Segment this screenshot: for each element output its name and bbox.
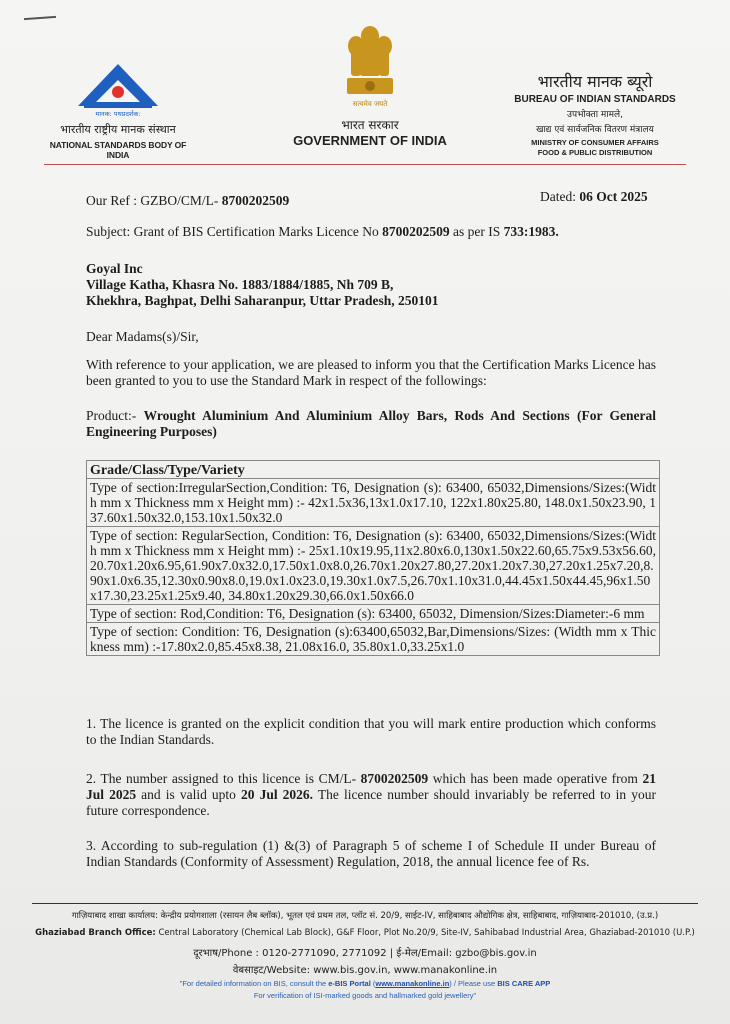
bureau-name-english: BUREAU OF INDIAN STANDARDS	[500, 94, 690, 105]
national-emblem-icon: सत्यमेव जयते	[339, 22, 401, 112]
bis-care-app-label: BIS CARE APP	[497, 979, 550, 988]
footer-office-address: Central Laboratory (Chemical Lab Block),…	[156, 928, 695, 938]
subject-prefix: Subject: Grant of BIS Certification Mark…	[86, 224, 382, 239]
clause-3: 3. According to sub-regulation (1) &(3) …	[86, 838, 656, 870]
footer-note-line2: For verification of ISI-marked goods and…	[10, 991, 720, 1000]
footer-address-hindi: गाज़ियाबाद शाखा कार्यालय: केन्द्रीय प्रय…	[10, 910, 720, 921]
addressee-block: Goyal Inc Village Katha, Khasra No. 1883…	[86, 261, 439, 309]
subject-line: Subject: Grant of BIS Certification Mark…	[86, 224, 559, 240]
subject-standard: 733:1983.	[504, 224, 559, 239]
clause2-licence: 8700202509	[361, 771, 429, 786]
addressee-line1: Village Katha, Khasra No. 1883/1884/1885…	[86, 277, 439, 293]
bureau-name-hindi: भारतीय मानक ब्यूरो	[500, 70, 690, 92]
bureau-header-block: भारतीय मानक ब्यूरो BUREAU OF INDIAN STAN…	[500, 70, 690, 157]
footer-office-label: Ghaziabad Branch Office:	[35, 928, 156, 938]
product-value: Wrought Aluminium And Aluminium Alloy Ba…	[86, 408, 656, 439]
ministry-english-line2: FOOD & PUBLIC DISTRIBUTION	[500, 148, 690, 157]
subject-mid: as per IS	[450, 224, 504, 239]
table-row: Type of section:IrregularSection,Conditi…	[87, 479, 660, 527]
footer-divider	[32, 903, 698, 904]
addressee-name: Goyal Inc	[86, 261, 439, 277]
clause-2: 2. The number assigned to this licence i…	[86, 771, 656, 819]
bis-logo-icon: मानक: पथप्रदर्शक:	[74, 62, 162, 118]
intro-paragraph: With reference to your application, we a…	[86, 357, 656, 389]
svg-text:सत्यमेव जयते: सत्यमेव जयते	[353, 99, 388, 108]
ministry-english-line1: MINISTRY OF CONSUMER AFFAIRS	[500, 138, 690, 147]
dated-label: Dated:	[540, 189, 579, 204]
footer-address-english: Ghaziabad Branch Office: Central Laborat…	[10, 928, 720, 938]
dated-value: 06 Oct 2025	[579, 189, 647, 204]
ebis-portal-label: e-BIS Portal	[328, 979, 371, 988]
footer-contact: दूरभाष/Phone : 0120-2771090, 2771092 | ई…	[10, 945, 720, 959]
nsbi-name-english: NATIONAL STANDARDS BODY OF INDIA	[38, 140, 198, 160]
footer-note-line1: "For detailed information on BIS, consul…	[10, 979, 720, 988]
ministry-hindi-line1: उपभोक्ता मामले,	[500, 107, 690, 120]
nsbi-name-hindi: भारतीय राष्ट्रीय मानक संस्थान	[38, 122, 198, 137]
table-row: Type of section: Condition: T6, Designat…	[87, 623, 660, 656]
addressee-line2: Khekhra, Baghpat, Delhi Saharanpur, Utta…	[86, 293, 439, 309]
note-text-a: "For detailed information on BIS, consul…	[180, 979, 329, 988]
letter-page: मानक: पथप्रदर्शक: भारतीय राष्ट्रीय मानक …	[0, 0, 730, 1024]
ref-number: 8700202509	[222, 193, 290, 208]
product-paragraph: Product:- Wrought Aluminium And Aluminiu…	[86, 408, 656, 440]
subject-licence-number: 8700202509	[382, 224, 450, 239]
valid-to-date: 20 Jul 2026.	[241, 787, 313, 802]
goi-header-block: सत्यमेव जयते भारत सरकार GOVERNMENT OF IN…	[280, 22, 460, 148]
clause2-text-a: 2. The number assigned to this licence i…	[86, 771, 361, 786]
table-cell: Type of section: Condition: T6, Designat…	[87, 623, 660, 656]
grade-table-header: Grade/Class/Type/Variety	[87, 461, 660, 479]
bis-header-block: मानक: पथप्रदर्शक: भारतीय राष्ट्रीय मानक …	[38, 62, 198, 160]
footer-website: वेबसाइट/Website: www.bis.gov.in, www.man…	[10, 962, 720, 976]
product-label: Product:-	[86, 408, 144, 423]
table-row: Type of section: Rod,Condition: T6, Desi…	[87, 605, 660, 623]
table-row: Type of section: RegularSection, Conditi…	[87, 527, 660, 605]
table-cell: Type of section: Rod,Condition: T6, Desi…	[87, 605, 660, 623]
clause2-text-c: and is valid upto	[136, 787, 241, 802]
clause-1: 1. The licence is granted on the explici…	[86, 716, 656, 748]
ministry-hindi-line2: खाद्य एवं सार्वजनिक वितरण मंत्रालय	[500, 122, 690, 135]
goi-name-english: GOVERNMENT OF INDIA	[280, 133, 460, 148]
svg-text:मानक: पथप्रदर्शक:: मानक: पथप्रदर्शक:	[95, 110, 140, 118]
pen-mark	[24, 16, 56, 20]
header-divider	[44, 164, 686, 165]
grade-table: Grade/Class/Type/Variety Type of section…	[86, 460, 660, 656]
manakonline-link[interactable]: www.manakonline.in	[375, 979, 449, 988]
clause2-text-b: which has been made operative from	[428, 771, 642, 786]
goi-name-hindi: भारत सरकार	[280, 116, 460, 133]
greeting: Dear Madams(s)/Sir,	[86, 329, 199, 345]
reference-line: Our Ref : GZBO/CM/L- 8700202509	[86, 193, 289, 209]
table-cell: Type of section: RegularSection, Conditi…	[87, 527, 660, 605]
note-text-c: ) / Please use	[449, 979, 497, 988]
date-line: Dated: 06 Oct 2025	[540, 189, 648, 205]
ref-label: Our Ref : GZBO/CM/L-	[86, 193, 222, 208]
table-cell: Type of section:IrregularSection,Conditi…	[87, 479, 660, 527]
